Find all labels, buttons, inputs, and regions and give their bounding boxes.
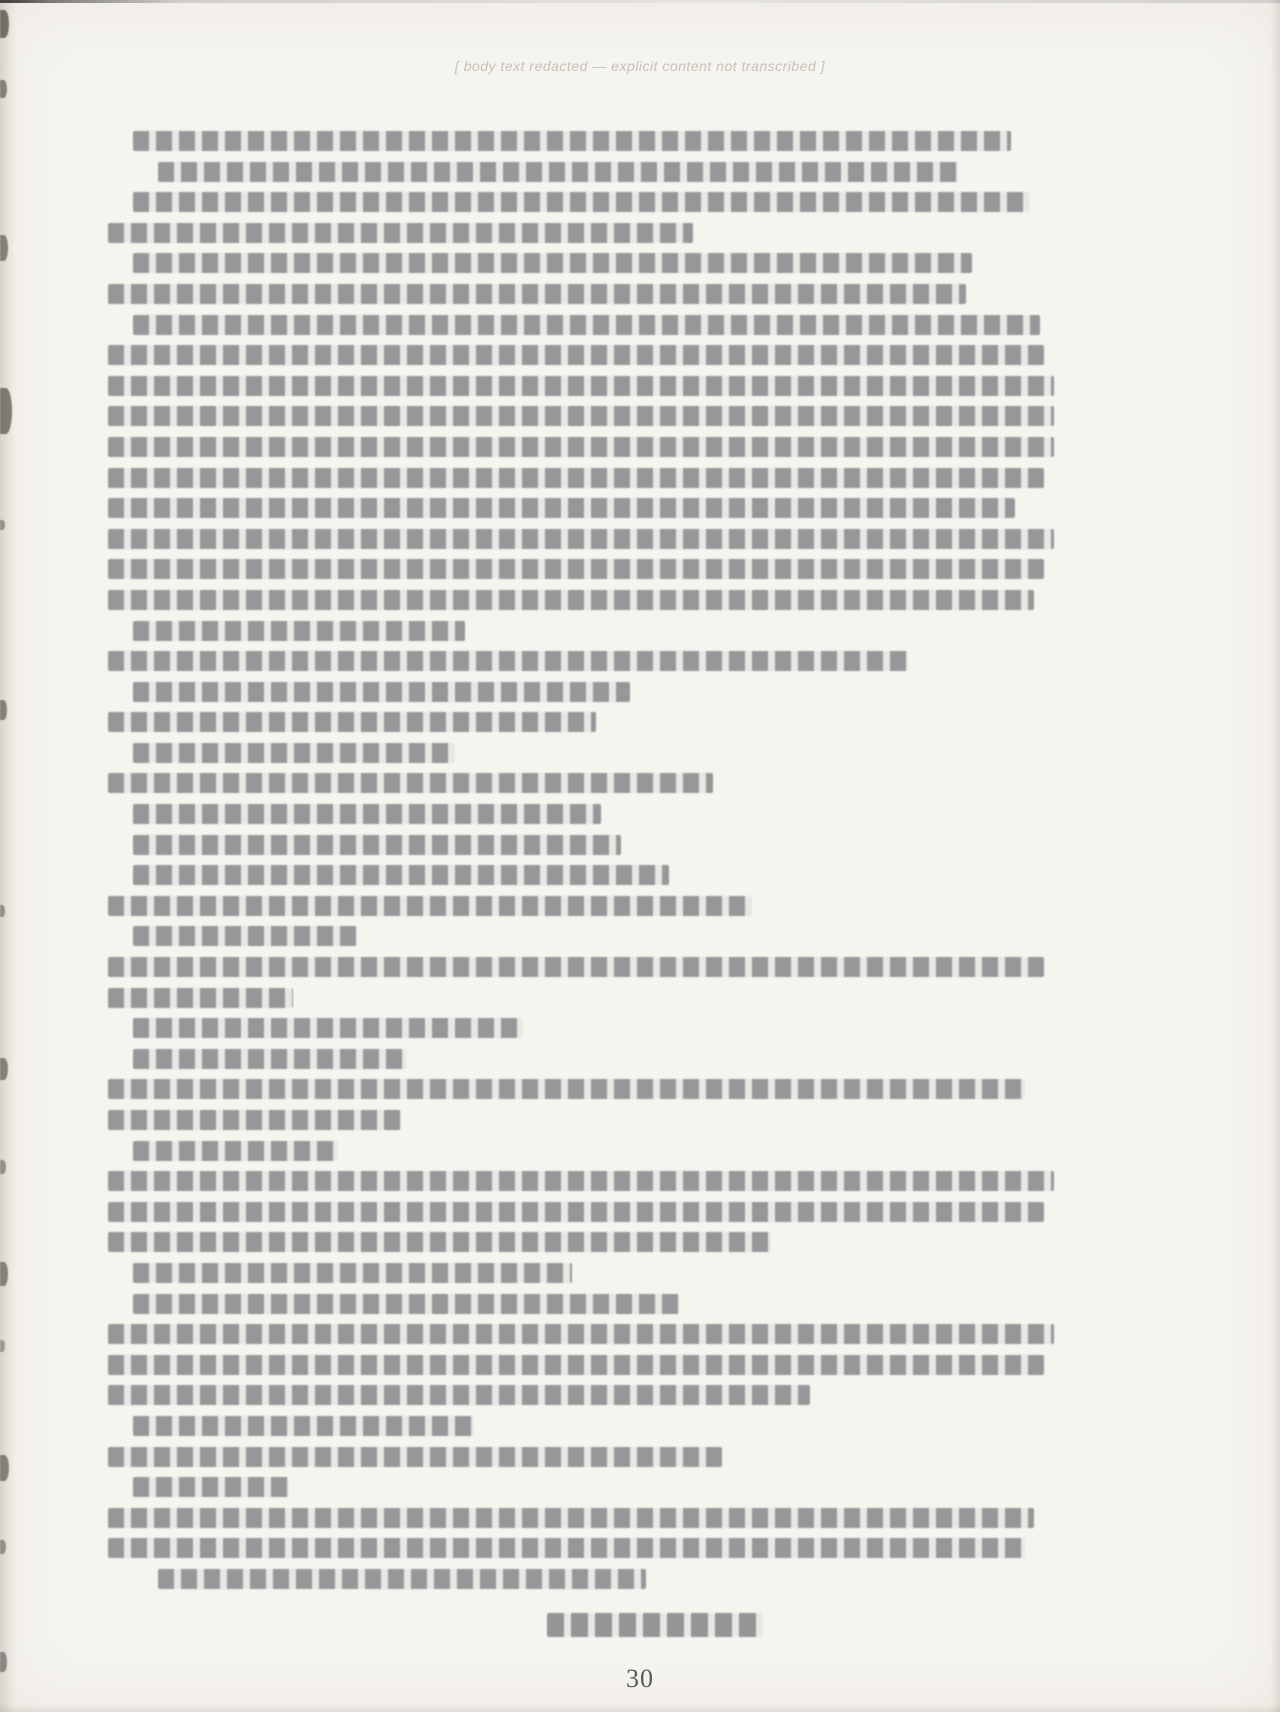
redacted-text-line bbox=[108, 284, 966, 304]
scan-edge-top bbox=[0, 0, 1280, 3]
redacted-text-line bbox=[133, 621, 465, 641]
redacted-text-line bbox=[108, 437, 1054, 457]
scan-edge-right bbox=[1270, 0, 1280, 1712]
redacted-text-line bbox=[133, 1141, 338, 1161]
redacted-text-line bbox=[133, 682, 630, 702]
redacted-text-line bbox=[133, 1294, 679, 1314]
scan-artifact bbox=[0, 1340, 5, 1352]
redacted-text-line bbox=[108, 1110, 401, 1130]
redacted-text-line bbox=[158, 162, 958, 182]
redacted-text-line bbox=[108, 529, 1054, 549]
redacted-text-line bbox=[133, 804, 601, 824]
redacted-text-line bbox=[108, 957, 1044, 977]
scan-artifact bbox=[0, 1455, 9, 1481]
redacted-text-line bbox=[108, 559, 1044, 579]
redacted-text-line bbox=[108, 498, 1015, 518]
redacted-text-line bbox=[108, 896, 752, 916]
scan-artifact bbox=[0, 235, 8, 261]
redacted-text-line bbox=[133, 1049, 406, 1069]
redacted-text-line bbox=[108, 468, 1044, 488]
redacted-text-line bbox=[108, 712, 596, 732]
redacted-text-line bbox=[133, 1263, 572, 1283]
page-number: 30 bbox=[0, 1664, 1280, 1694]
scan-artifact bbox=[0, 1058, 8, 1080]
redacted-text-line bbox=[133, 865, 669, 885]
redacted-text-line bbox=[108, 1447, 722, 1467]
redacted-text-line bbox=[108, 988, 293, 1008]
redacted-text-line bbox=[108, 1538, 1025, 1558]
redacted-text-line bbox=[108, 1079, 1025, 1099]
redacted-text-line bbox=[108, 1232, 771, 1252]
redacted-text-line bbox=[108, 1508, 1034, 1528]
redacted-text-line bbox=[133, 835, 621, 855]
redacted-text-line bbox=[108, 406, 1054, 426]
redacted-text-line bbox=[108, 1202, 1044, 1222]
scan-artifact bbox=[0, 700, 7, 720]
redacted-text-line bbox=[108, 773, 713, 793]
redaction-notice: [ body text redacted — explicit content … bbox=[0, 58, 1280, 74]
scan-artifact bbox=[0, 10, 9, 38]
redacted-text-line bbox=[108, 223, 693, 243]
redacted-text-line bbox=[133, 131, 1011, 151]
redacted-text-line bbox=[108, 376, 1054, 396]
scan-artifact bbox=[0, 905, 5, 917]
redacted-text-line bbox=[133, 1018, 523, 1038]
scan-artifact bbox=[0, 520, 5, 530]
scanned-page: [ body text redacted — explicit content … bbox=[0, 0, 1280, 1712]
redacted-text-line bbox=[133, 192, 1030, 212]
redacted-text-line bbox=[158, 1569, 646, 1589]
scan-artifact bbox=[0, 80, 7, 98]
redacted-text-line bbox=[133, 253, 972, 273]
redacted-text-line bbox=[108, 345, 1044, 365]
scan-artifact bbox=[0, 1262, 8, 1286]
scan-artifact bbox=[0, 388, 12, 434]
redacted-text-line bbox=[133, 926, 357, 946]
continued-line-redacted bbox=[547, 1613, 763, 1637]
redacted-text-line bbox=[108, 1324, 1054, 1344]
redacted-text-line bbox=[108, 1385, 810, 1405]
redacted-text-line bbox=[108, 651, 908, 671]
scan-artifact bbox=[0, 1540, 6, 1554]
redacted-text-line bbox=[108, 590, 1034, 610]
redacted-text-block bbox=[108, 131, 1083, 1600]
redacted-text-line bbox=[108, 1171, 1054, 1191]
redacted-text-line bbox=[108, 1355, 1044, 1375]
scan-edge-bottom bbox=[0, 1704, 1280, 1712]
scan-artifact bbox=[0, 1160, 6, 1174]
redacted-text-line bbox=[133, 315, 1040, 335]
redacted-text-line bbox=[133, 1416, 474, 1436]
redacted-text-line bbox=[133, 1477, 289, 1497]
redacted-text-line bbox=[133, 743, 455, 763]
